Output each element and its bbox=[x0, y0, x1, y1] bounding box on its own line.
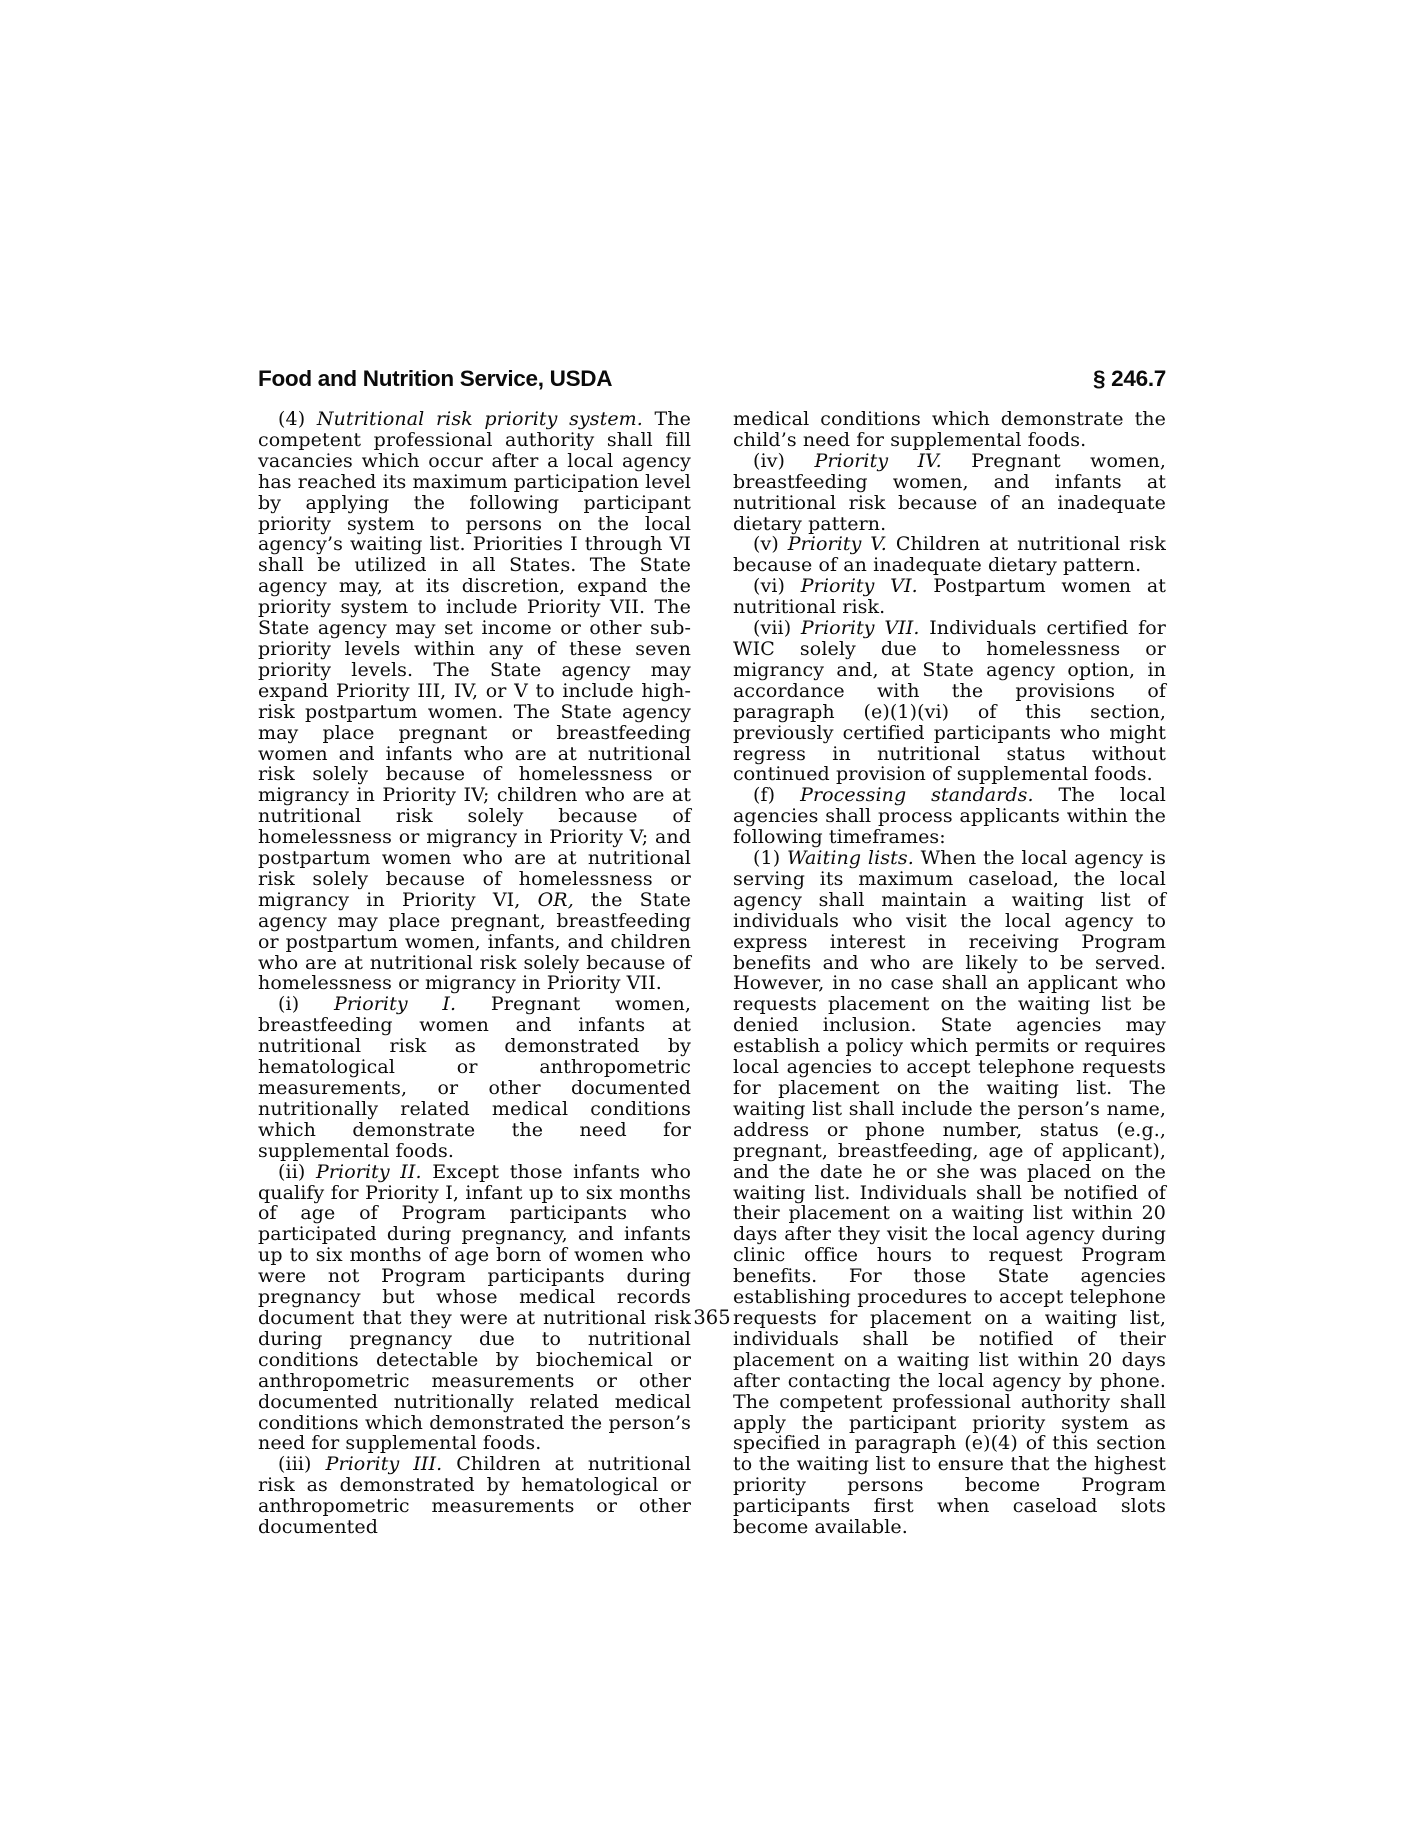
page-content: Food and Nutrition Service, USDA § 246.7… bbox=[258, 366, 1166, 1538]
body-text: The competent professional authority sha… bbox=[258, 408, 691, 911]
running-head-agency: Food and Nutrition Service, USDA bbox=[258, 366, 612, 392]
body-text: (4) bbox=[278, 408, 317, 430]
paragraph: (1) Waiting lists. When the local agency… bbox=[733, 848, 1166, 1538]
italic-term: Priority V. bbox=[788, 533, 887, 555]
page-footer: 365 bbox=[258, 1306, 1166, 1329]
body-text: (v) bbox=[753, 533, 788, 555]
body-text: (ii) bbox=[278, 1161, 316, 1183]
paragraph: (iii) Priority III. Children at nutritio… bbox=[258, 1454, 691, 1538]
italic-term: Priority II. bbox=[316, 1161, 422, 1183]
paragraph: (v) Priority V. Children at nutritional … bbox=[733, 534, 1166, 576]
body-text: (i) bbox=[278, 993, 334, 1015]
paragraph: (vi) Priority VI. Postpartum women at nu… bbox=[733, 576, 1166, 618]
body-text: When the local agency is serving its max… bbox=[733, 847, 1166, 1538]
section-number: § 246.7 bbox=[1093, 366, 1166, 392]
italic-term: Waiting lists. bbox=[787, 847, 914, 869]
running-header: Food and Nutrition Service, USDA § 246.7 bbox=[258, 366, 1166, 392]
body-text: (vi) bbox=[753, 575, 801, 597]
italic-term: Processing standards. bbox=[800, 784, 1034, 806]
italic-term: OR, bbox=[538, 889, 574, 911]
italic-term: Priority III. bbox=[326, 1453, 443, 1475]
body-text: (f) bbox=[753, 784, 800, 806]
body-text: (vii) bbox=[753, 617, 801, 639]
italic-term: Priority IV. bbox=[814, 450, 941, 472]
paragraph: (iv) Priority IV. Pregnant women, breast… bbox=[733, 451, 1166, 535]
paragraph: (f) Processing standards. The local agen… bbox=[733, 785, 1166, 848]
italic-term: Priority VII. bbox=[801, 617, 920, 639]
page-number: 365 bbox=[693, 1306, 730, 1329]
paragraph: (i) Priority I. Pregnant women, breastfe… bbox=[258, 994, 691, 1161]
two-column-body: (4) Nutritional risk priority system. Th… bbox=[258, 409, 1166, 1538]
body-text: Pregnant women, breastfeeding women and … bbox=[258, 993, 691, 1161]
body-text: (1) bbox=[753, 847, 787, 869]
italic-term: Priority VI. bbox=[801, 575, 918, 597]
document-page: Food and Nutrition Service, USDA § 246.7… bbox=[0, 0, 1427, 1847]
paragraph: (4) Nutritional risk priority system. Th… bbox=[258, 409, 691, 994]
italic-term: Priority I. bbox=[334, 993, 456, 1015]
body-text: (iv) bbox=[753, 450, 814, 472]
paragraph: (vii) Priority VII. Individuals certifie… bbox=[733, 618, 1166, 785]
paragraph: medical conditions which demonstrate the… bbox=[733, 409, 1166, 451]
body-text: Individuals certified for WIC solely due… bbox=[733, 617, 1166, 785]
left-column: (4) Nutritional risk priority system. Th… bbox=[258, 409, 691, 1538]
body-text: (iii) bbox=[278, 1453, 326, 1475]
right-column: medical conditions which demonstrate the… bbox=[733, 409, 1166, 1538]
body-text: medical conditions which demonstrate the… bbox=[733, 408, 1166, 451]
italic-term: Nutritional risk priority system. bbox=[317, 408, 643, 430]
